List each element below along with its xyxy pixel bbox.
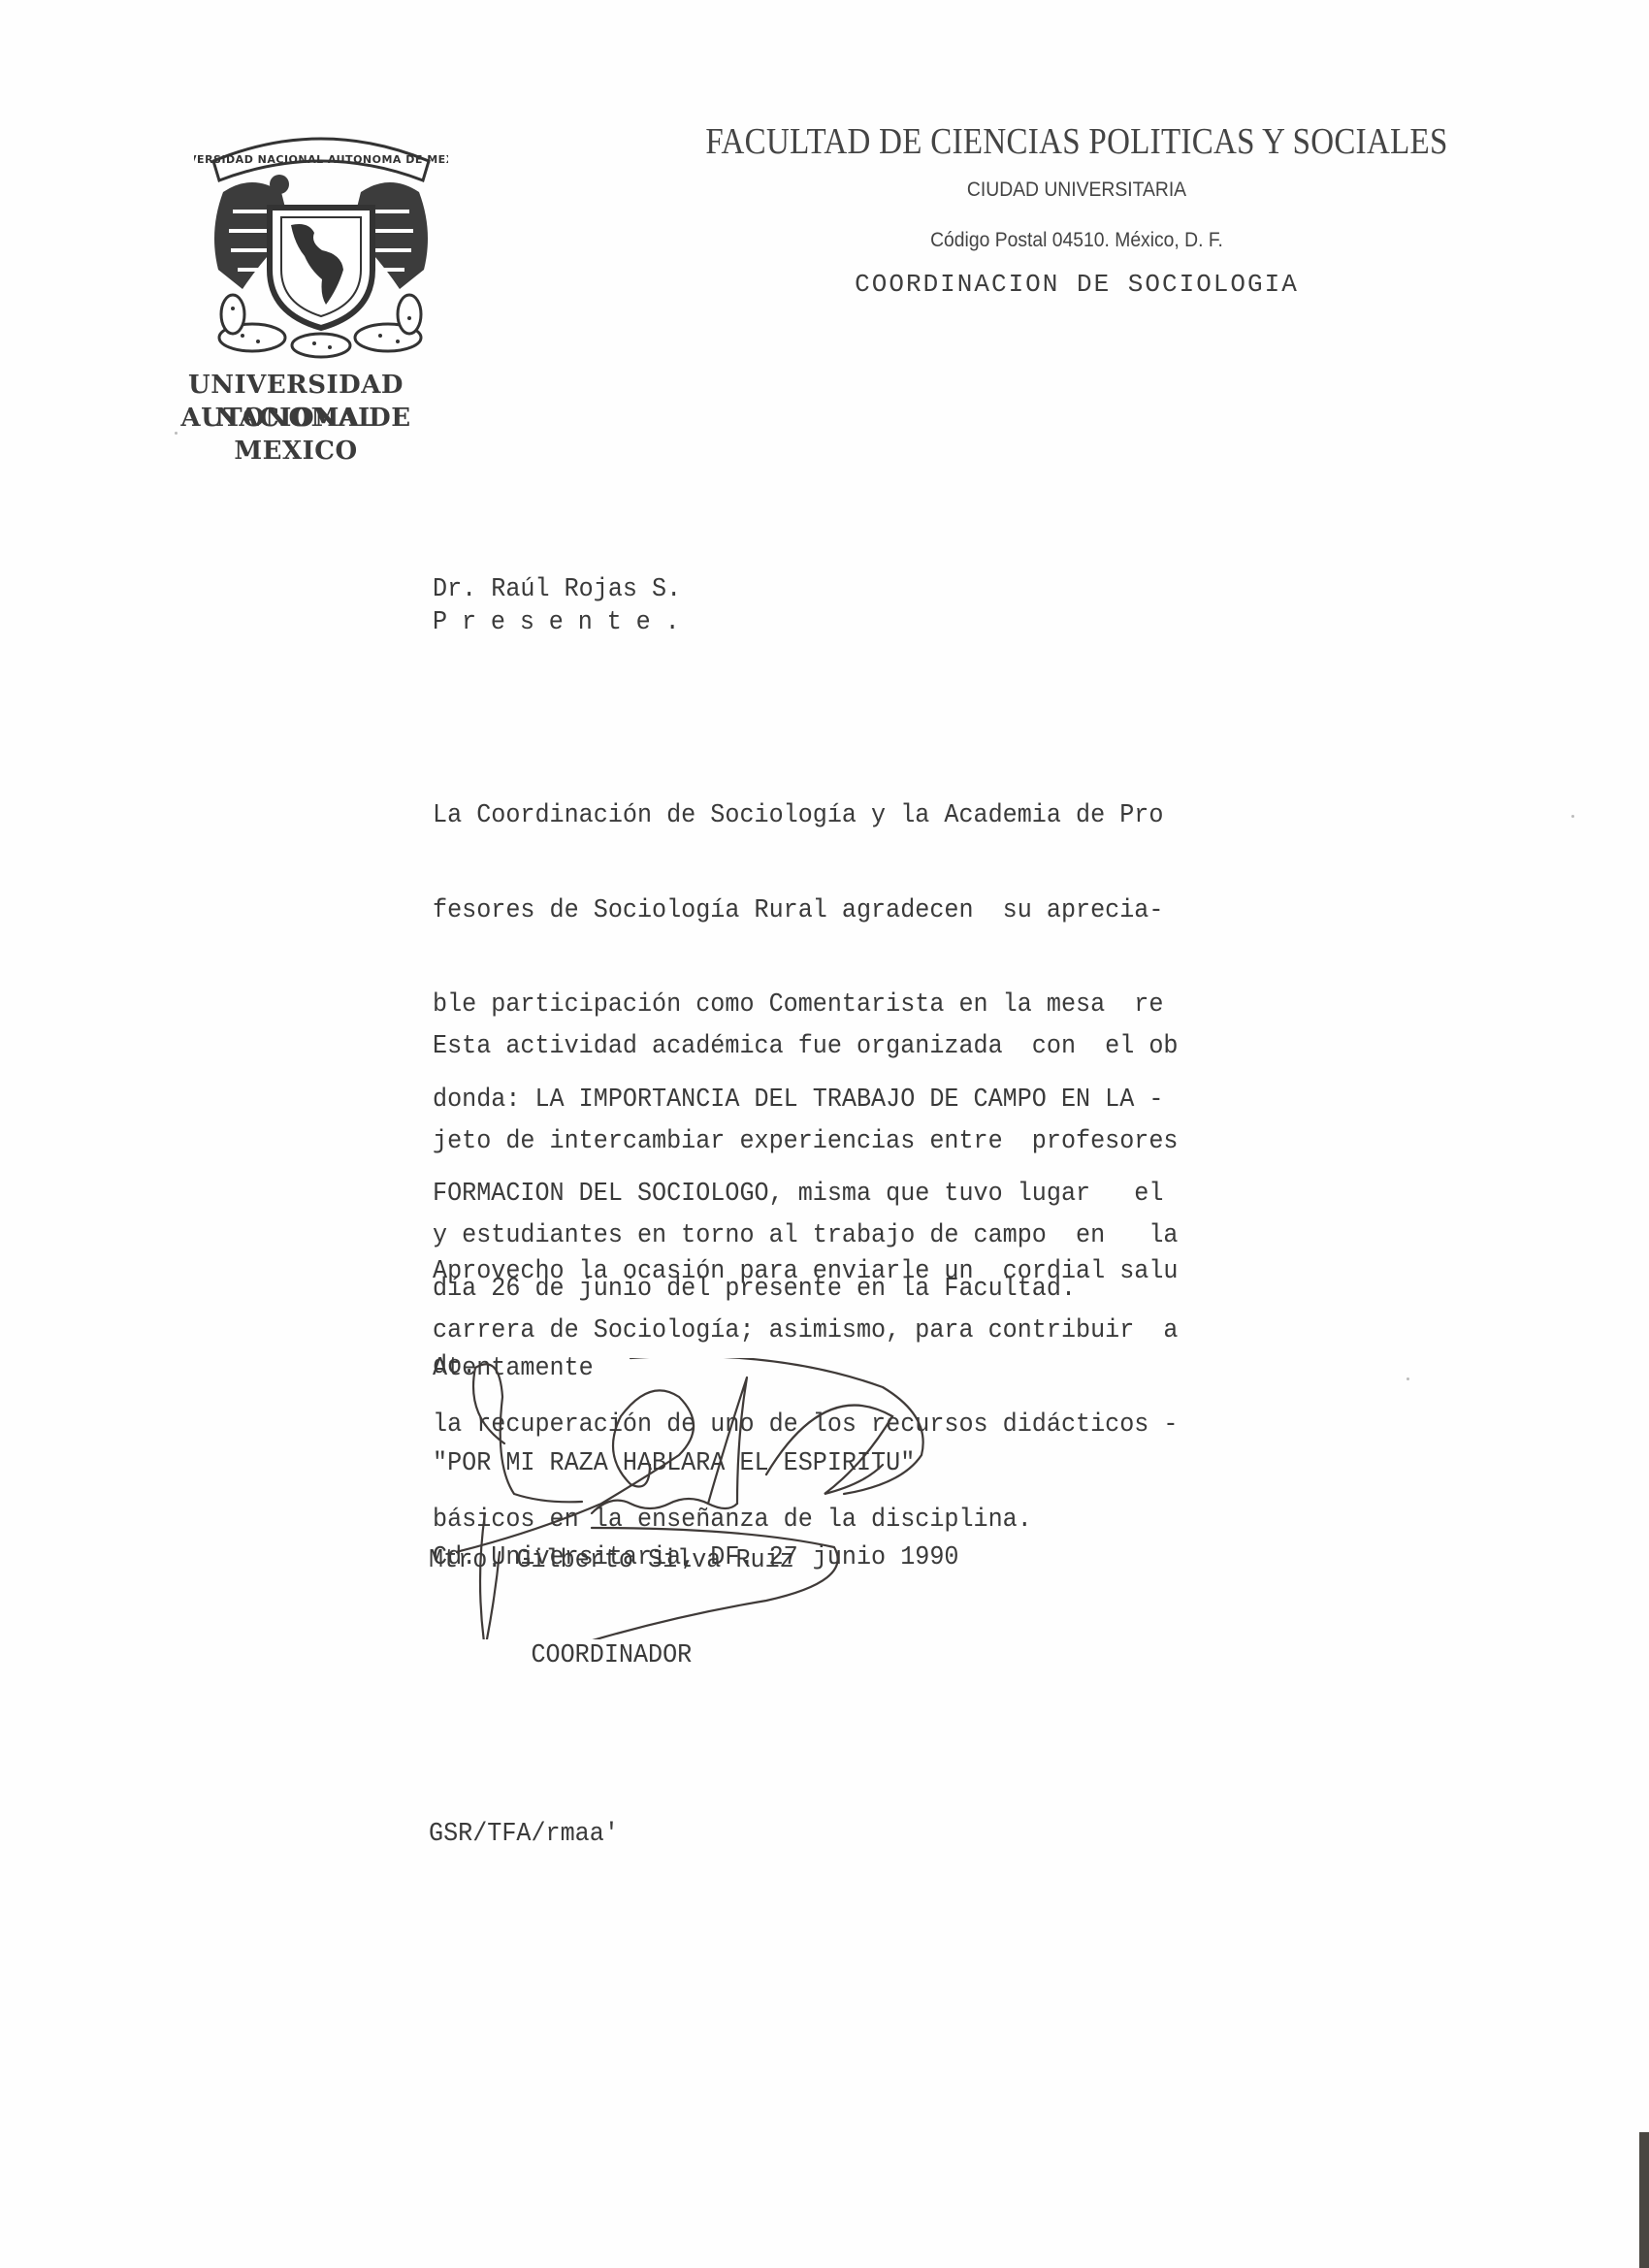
signer-name: Mtro. Gilberto Silva Ruiz <box>429 1545 794 1577</box>
body-line: Aprovecho la ocasión para enviarle un co… <box>433 1256 1178 1288</box>
body-line: jeto de intercambiar experiencias entre … <box>433 1126 1178 1158</box>
reference-initials: GSR/TFA/rmaa' <box>429 1819 619 1851</box>
scan-speck <box>175 432 178 435</box>
body-line: Esta actividad académica fue organizada … <box>433 1031 1178 1063</box>
body-line: La Coordinación de Sociología y la Acade… <box>433 800 1163 832</box>
campus-label: CIUDAD UNIVERSITARIA <box>658 178 1497 202</box>
university-name-line3: MEXICO <box>136 435 456 468</box>
unam-seal-icon: UNIVERSIDAD NACIONAL AUTONOMA DE MEXICO <box>194 124 448 367</box>
faculty-title: FACULTAD DE CIENCIAS POLITICAS Y SOCIALE… <box>621 122 1533 164</box>
body-line: fesores de Sociología Rural agradecen su… <box>433 895 1163 927</box>
signer-title: COORDINADOR <box>429 1640 794 1672</box>
scan-speck <box>1406 1377 1409 1380</box>
svg-text:UNIVERSIDAD NACIONAL AUTONOMA: UNIVERSIDAD NACIONAL AUTONOMA DE MEXICO <box>194 153 448 166</box>
signer-block: Mtro. Gilberto Silva Ruiz COORDINADOR <box>429 1482 794 1703</box>
recipient-name: Dr. Raúl Rojas S. <box>433 574 681 606</box>
scan-speck <box>1571 815 1574 818</box>
scan-edge-artifact <box>1639 2132 1649 2268</box>
university-name-line2: AUTONOMA DE <box>136 402 456 435</box>
recipient-salutation: Presente. <box>433 607 695 639</box>
postal-address: Código Postal 04510. México, D. F. <box>658 229 1497 252</box>
department-name: COORDINACION DE SOCIOLOGIA <box>621 270 1533 299</box>
